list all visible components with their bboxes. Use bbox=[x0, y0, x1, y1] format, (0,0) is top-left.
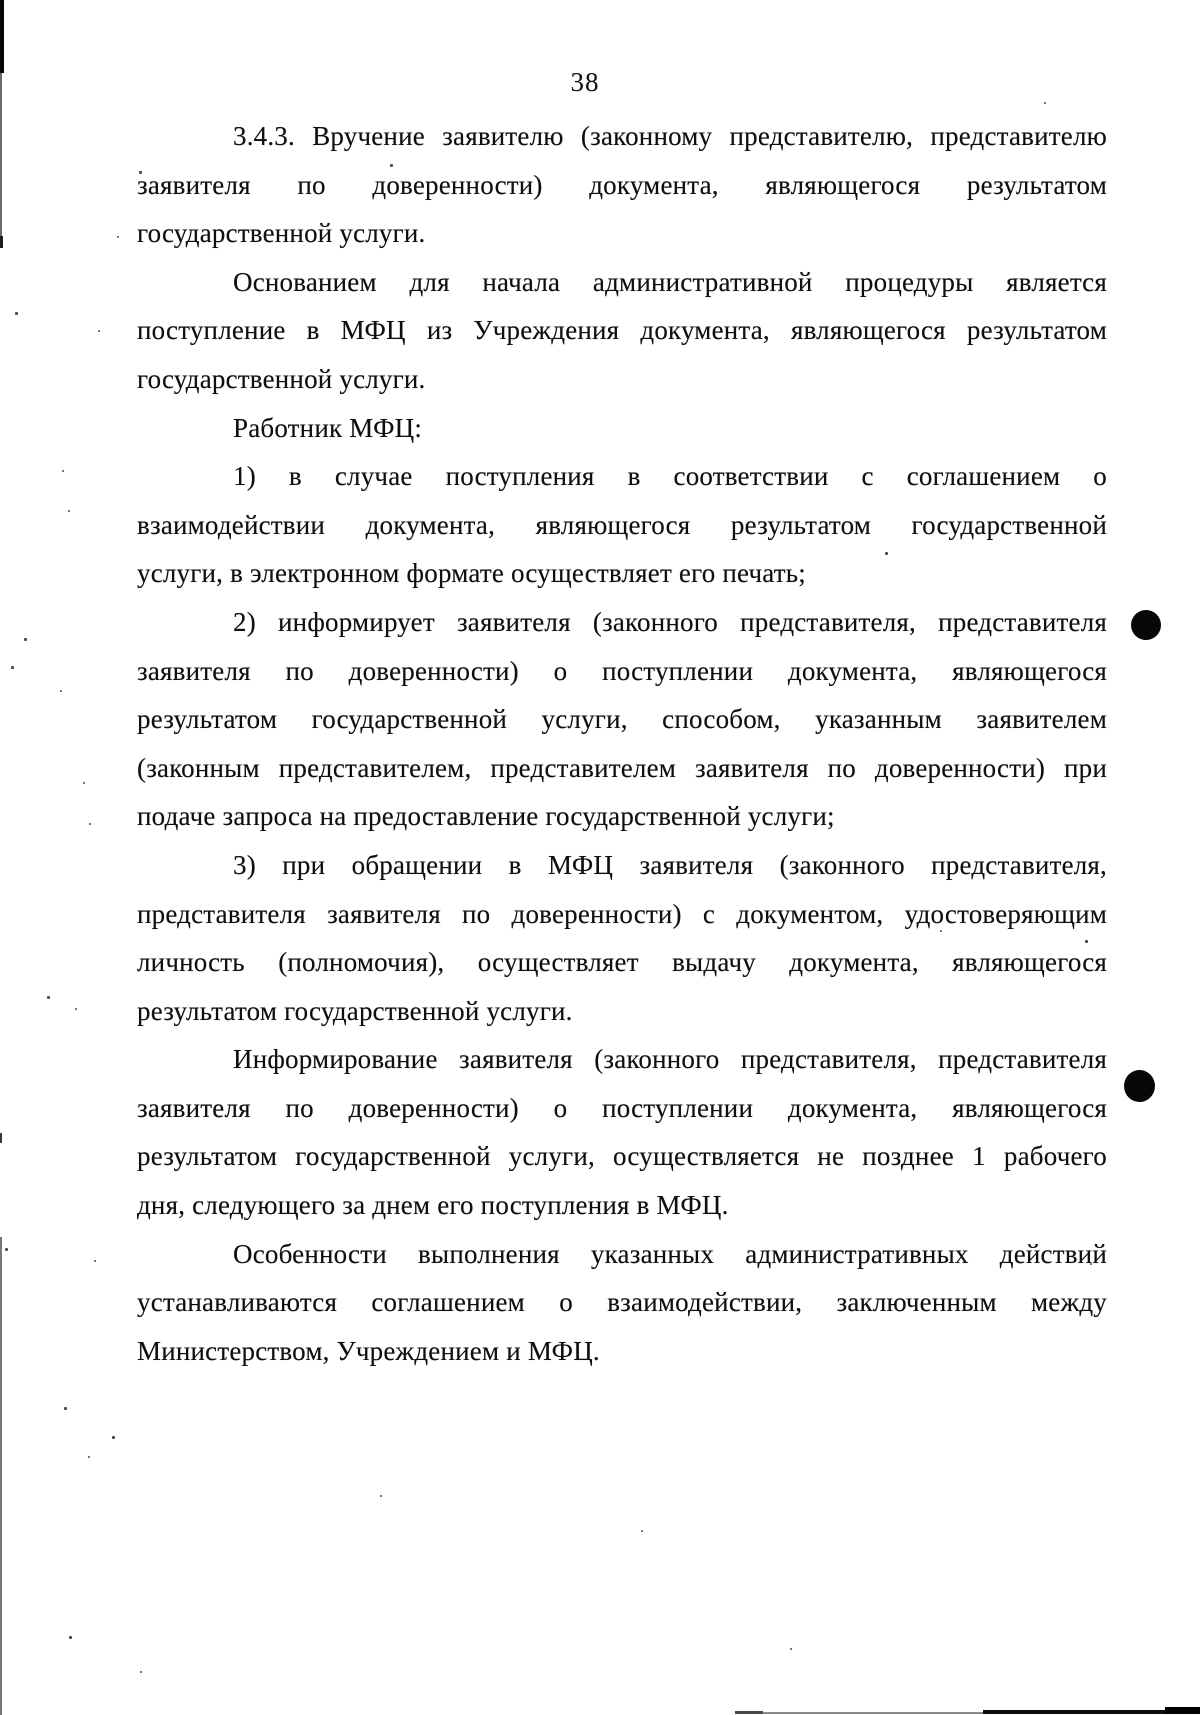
text-line: Работник МФЦ: bbox=[137, 404, 1107, 453]
scan-speck bbox=[112, 1436, 115, 1439]
scan-speck bbox=[139, 171, 142, 174]
text-line: 2) информирует заявителя (законного пред… bbox=[137, 598, 1107, 647]
scan-speck bbox=[1090, 1263, 1092, 1265]
scan-speck bbox=[98, 330, 100, 332]
text-line: государственной услуги. bbox=[137, 355, 1107, 404]
scan-speck bbox=[117, 236, 119, 238]
scan-edge-mark bbox=[738, 1712, 988, 1714]
scan-speck bbox=[94, 1260, 96, 1262]
text-line: Министерством, Учреждением и МФЦ. bbox=[137, 1327, 1107, 1376]
text-line: заявителя по доверенности) о поступлении… bbox=[137, 647, 1107, 696]
text-line: представителя заявителя по доверенности)… bbox=[137, 890, 1107, 939]
scan-speck bbox=[75, 1008, 77, 1010]
scan-edge-mark bbox=[0, 236, 3, 248]
text-line: результатом государственной услуги. bbox=[137, 987, 1107, 1036]
scan-speck bbox=[1085, 940, 1088, 943]
text-line: Основанием для начала административной п… bbox=[137, 258, 1107, 307]
text-line: Особенности выполнения указанных админис… bbox=[137, 1230, 1107, 1279]
scan-speck bbox=[89, 823, 91, 825]
text-line: результатом государственной услуги, спос… bbox=[137, 695, 1107, 744]
text-line: взаимодействии документа, являющегося ре… bbox=[137, 501, 1107, 550]
text-line: 3) при обращении в МФЦ заявителя (законн… bbox=[137, 841, 1107, 890]
scan-speck bbox=[11, 666, 14, 669]
text-line: заявителя по доверенности) документа, яв… bbox=[137, 161, 1107, 210]
text-line: 3.4.3. Вручение заявителю (законному пре… bbox=[137, 112, 1107, 161]
scan-speck bbox=[390, 164, 393, 167]
page-number: 38 bbox=[0, 66, 1170, 98]
document-body-text: 3.4.3. Вручение заявителю (законному пре… bbox=[137, 112, 1107, 1375]
scan-speck bbox=[1044, 102, 1046, 104]
scan-speck bbox=[15, 312, 18, 315]
scanned-document-page: 38 3.4.3. Вручение заявителю (законному … bbox=[0, 0, 1200, 1715]
text-line: дня, следующего за днем его поступления … bbox=[137, 1181, 1107, 1230]
scan-speck bbox=[380, 1495, 382, 1497]
scan-speck bbox=[62, 470, 64, 472]
scan-edge-mark bbox=[0, 1237, 2, 1715]
scan-speck bbox=[940, 930, 942, 932]
scan-edge-mark bbox=[0, 1133, 2, 1143]
text-line: заявителя по доверенности) о поступлении… bbox=[137, 1084, 1107, 1133]
scan-edge-mark bbox=[0, 0, 4, 73]
scan-speck bbox=[69, 1636, 72, 1639]
scan-speck bbox=[47, 996, 50, 999]
text-line: услуги, в электронном формате осуществля… bbox=[137, 549, 1107, 598]
text-line: 1) в случае поступления в соответствии с… bbox=[137, 452, 1107, 501]
text-line: устанавливаются соглашением о взаимодейс… bbox=[137, 1278, 1107, 1327]
scan-edge-mark bbox=[1165, 1707, 1200, 1714]
text-line: поступление в МФЦ из Учреждения документ… bbox=[137, 306, 1107, 355]
text-line: государственной услуги. bbox=[137, 209, 1107, 258]
text-line: (законным представителем, представителем… bbox=[137, 744, 1107, 793]
ink-dot-artifact bbox=[1124, 1070, 1155, 1102]
text-line: Информирование заявителя (законного пред… bbox=[137, 1035, 1107, 1084]
scan-speck bbox=[24, 638, 27, 641]
scan-speck bbox=[60, 690, 62, 692]
scan-speck bbox=[64, 1407, 67, 1410]
scan-speck bbox=[5, 1248, 8, 1251]
scan-speck bbox=[140, 1671, 142, 1673]
scan-speck bbox=[83, 782, 85, 784]
scan-speck bbox=[88, 1456, 90, 1458]
text-line: личность (полномочия), осуществляет выда… bbox=[137, 938, 1107, 987]
scan-edge-mark bbox=[735, 1711, 763, 1714]
scan-speck bbox=[641, 1530, 643, 1532]
text-line: результатом государственной услуги, осущ… bbox=[137, 1132, 1107, 1181]
scan-speck bbox=[225, 1357, 227, 1359]
scan-speck bbox=[68, 510, 70, 512]
scan-speck bbox=[885, 552, 888, 555]
scan-speck bbox=[790, 1648, 792, 1650]
text-line: подаче запроса на предоставление государ… bbox=[137, 792, 1107, 841]
ink-dot-artifact bbox=[1131, 610, 1161, 640]
